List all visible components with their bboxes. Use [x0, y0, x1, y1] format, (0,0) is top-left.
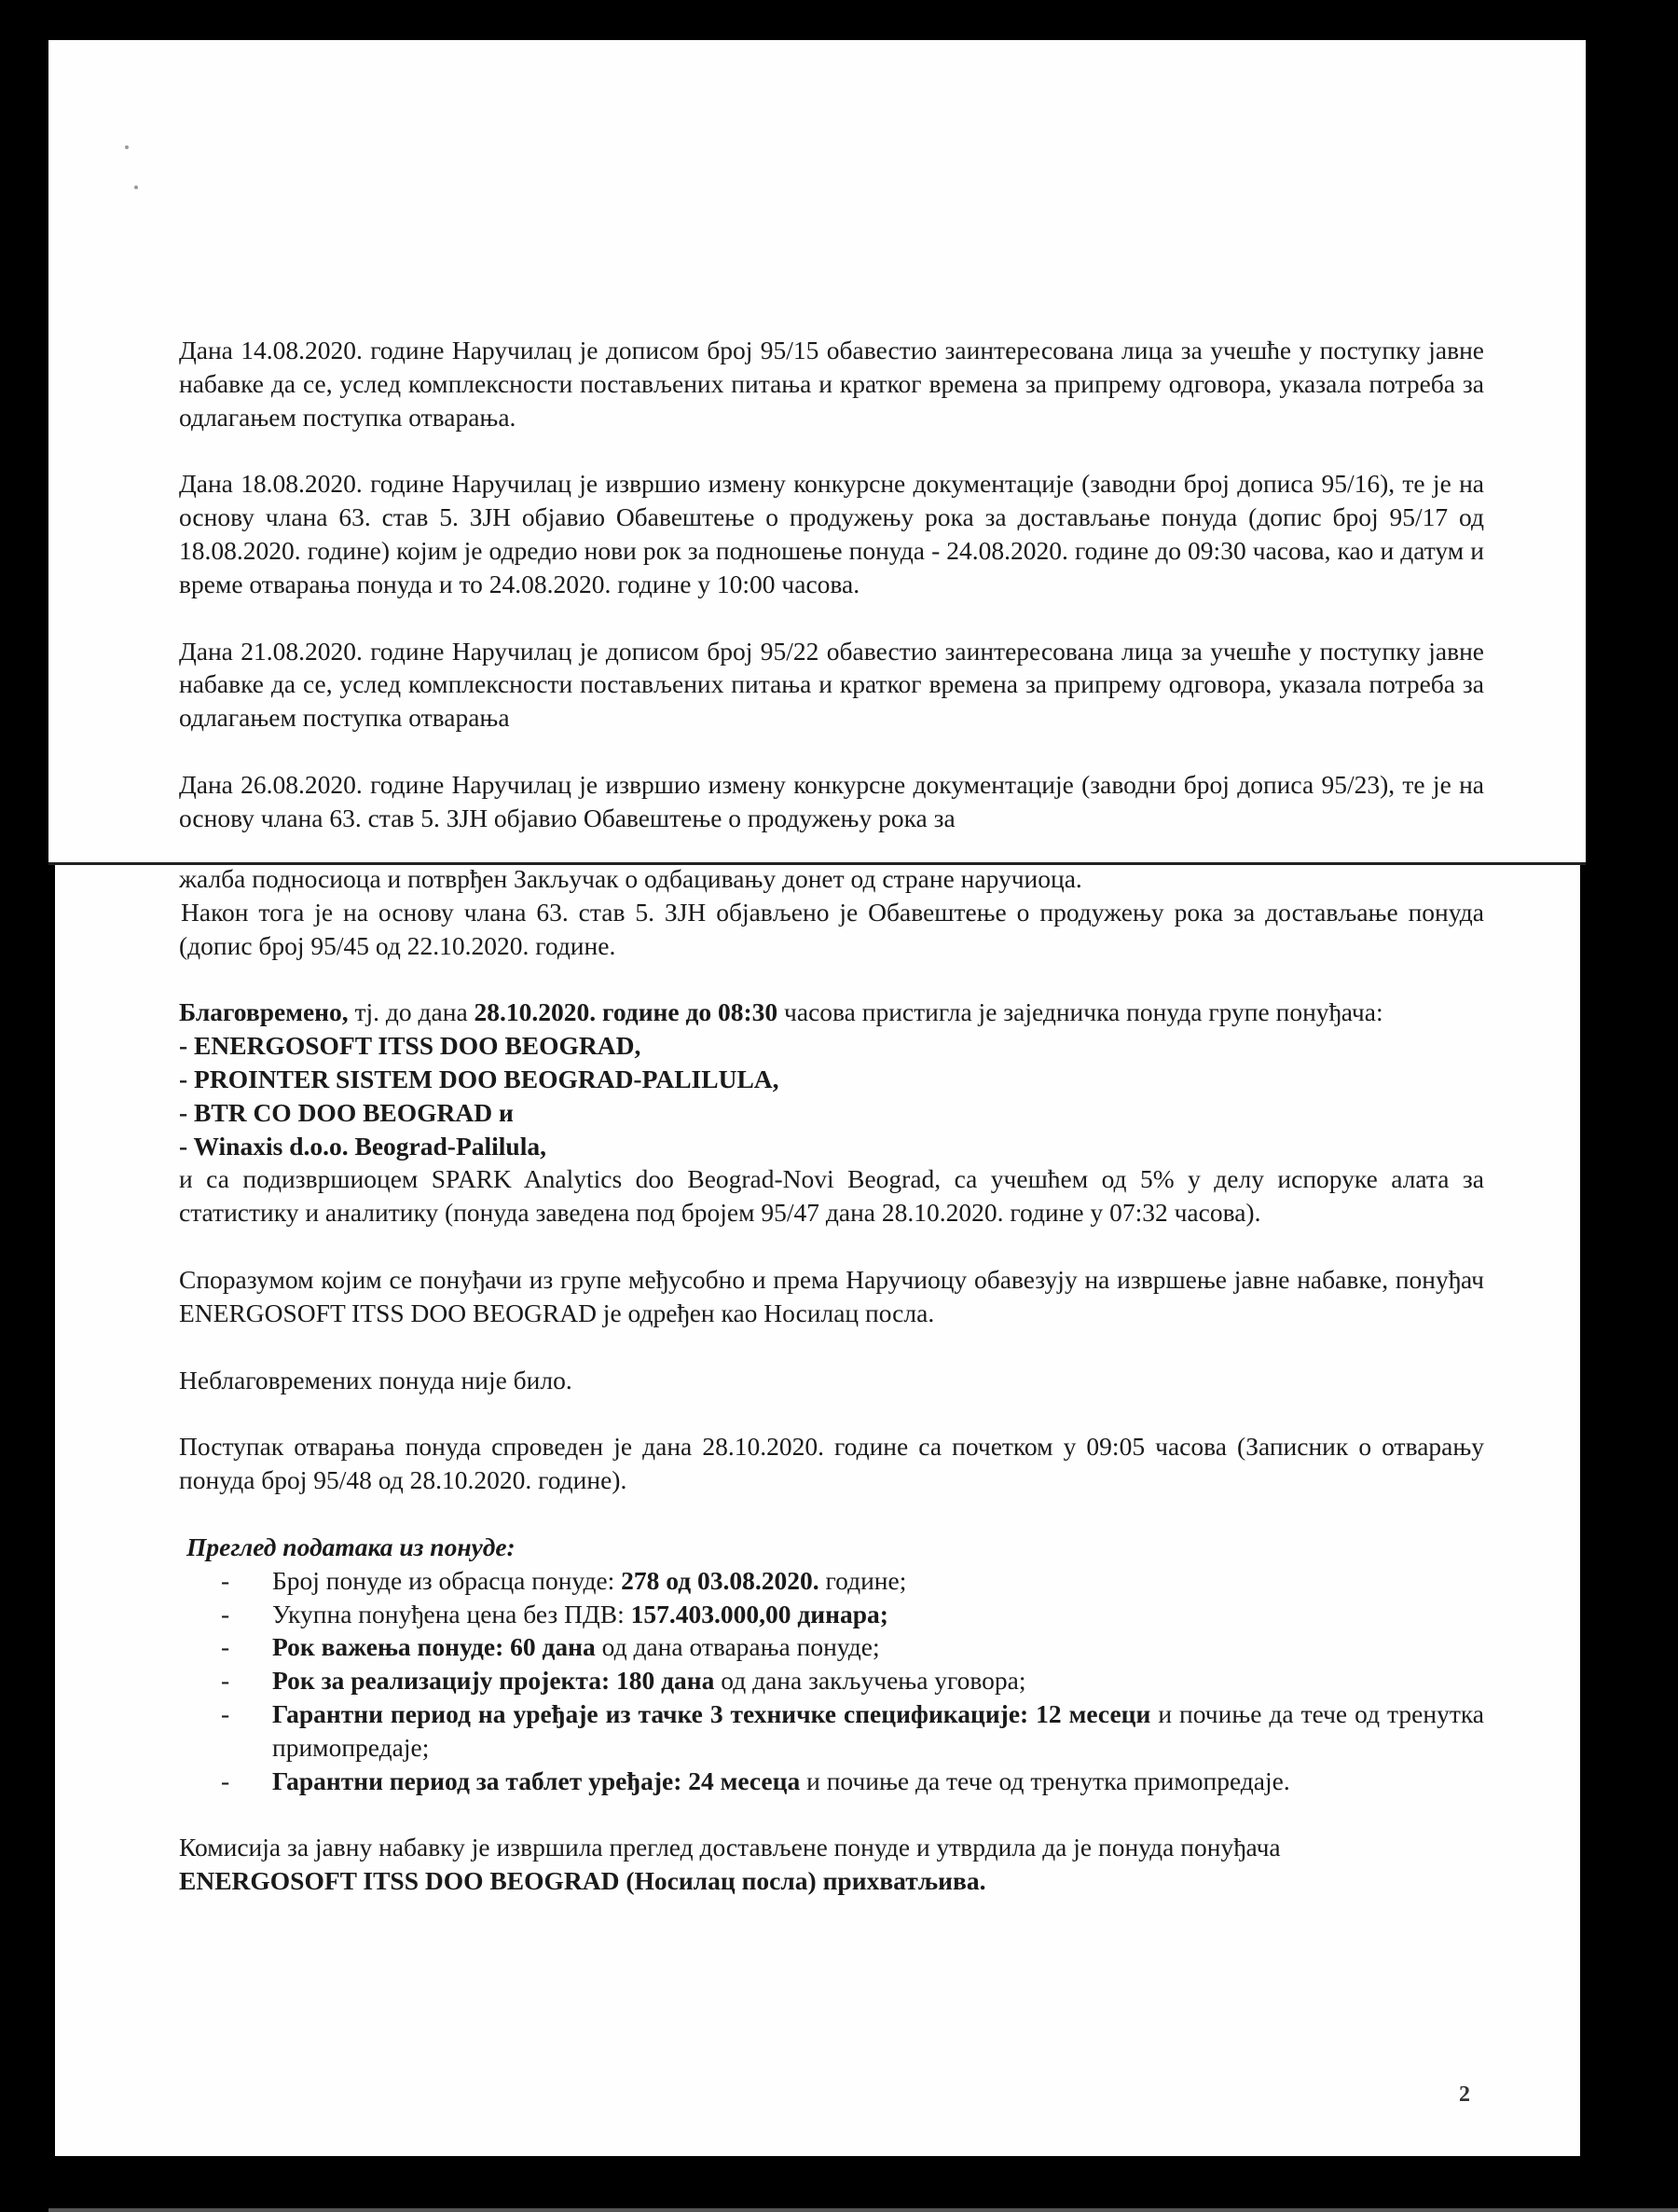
- review-item: Гарантни период на уређаје из тачке 3 те…: [179, 1697, 1484, 1765]
- timely-text-2: часова пристигла је заједничка понуда гр…: [777, 997, 1382, 1026]
- review-item-value: Гарантни период на уређаје из тачке 3 те…: [272, 1699, 1150, 1728]
- review-item: Гарантни период за таблет уређаје: 24 ме…: [179, 1765, 1484, 1798]
- timely-deadline: 28.10.2020. године до 08:30: [475, 997, 778, 1026]
- review-item-value: Рок за реализацију пројекта: 180 дана: [272, 1666, 714, 1695]
- paragraph-18-08: Дана 18.08.2020. године Наручилац је изв…: [179, 467, 1484, 600]
- page-number: 2: [1459, 2082, 1470, 2108]
- timely-offer-paragraph: Благовремено, тј. до дана 28.10.2020. го…: [179, 996, 1484, 1029]
- review-item: Рок важења понуде: 60 дана од дана отвар…: [179, 1630, 1484, 1664]
- bidder-item: - BTR CO DOO BEOGRAD и: [179, 1096, 1484, 1130]
- review-item-text: Број понуде из обрасца понуде:: [272, 1566, 621, 1595]
- conclusion-paragraph: Комисија за јавну набавку је извршила пр…: [179, 1831, 1484, 1898]
- review-item-value: 157.403.000,00 динара;: [631, 1600, 888, 1628]
- paragraph-14-08: Дана 14.08.2020. године Наручилац је доп…: [179, 334, 1484, 433]
- scanned-page-bottom: жалба подносиоца и потврђен Закључак о о…: [55, 865, 1580, 2156]
- review-item-text: од дана закључења уговора;: [714, 1666, 1025, 1695]
- opening-paragraph: Поступак отварања понуда спроведен је да…: [179, 1430, 1484, 1497]
- paragraph-26-08: Дана 26.08.2020. године Наручилац је изв…: [179, 768, 1484, 835]
- extension-paragraph: Након тога је на основу члана 63. став 5…: [179, 896, 1484, 963]
- review-item: Број понуде из обрасца понуде: 278 од 03…: [179, 1564, 1484, 1598]
- agreement-paragraph: Споразумом којим се понуђачи из групе ме…: [179, 1263, 1484, 1330]
- review-item-value: Рок важења понуде: 60 дана: [272, 1632, 596, 1661]
- timely-label: Благовремено,: [179, 997, 349, 1026]
- scan-edge-line: [48, 2208, 1678, 2212]
- review-heading: Преглед података из понуде:: [179, 1531, 1484, 1564]
- review-list: Број понуде из обрасца понуде: 278 од 03…: [179, 1564, 1484, 1798]
- review-item: Укупна понуђена цена без ПДВ: 157.403.00…: [179, 1598, 1484, 1631]
- timely-text-1: тј. до дана: [349, 997, 475, 1026]
- bottom-text-block: жалба подносиоца и потврђен Закључак о о…: [179, 865, 1484, 1898]
- conclusion-accepted-bidder: ENERGOSOFT ITSS DOO BEOGRAD (Носилац пос…: [179, 1866, 986, 1895]
- top-text-block: Дана 14.08.2020. године Наручилац је доп…: [179, 334, 1484, 835]
- bidder-item: - PROINTER SISTEM DOO BEOGRAD-PALILULA,: [179, 1063, 1484, 1096]
- paragraph-21-08: Дана 21.08.2020. године Наручилац је доп…: [179, 635, 1484, 735]
- subcontractor-paragraph: и са подизвршиоцем SPARK Analytics doo B…: [179, 1162, 1484, 1230]
- review-item-value: Гарантни период за таблет уређаје: 24 ме…: [272, 1766, 800, 1795]
- review-item-text: од дана отварања понуде;: [596, 1632, 880, 1661]
- review-item-text: године;: [819, 1566, 907, 1595]
- review-item-text: Укупна понуђена цена без ПДВ:: [272, 1600, 631, 1628]
- review-item-value: 278 од 03.08.2020.: [621, 1566, 819, 1595]
- bidder-item: - Winaxis d.o.o. Beograd-Palilula,: [179, 1130, 1484, 1163]
- continuation-line: жалба подносиоца и потврђен Закључак о о…: [179, 865, 1484, 896]
- conclusion-text: Комисија за јавну набавку је извршила пр…: [179, 1833, 1281, 1862]
- review-item-text: и почиње да тече од тренутка примопредај…: [800, 1766, 1289, 1795]
- scan-speck: [125, 145, 129, 149]
- untimely-paragraph: Неблаговремених понуда није било.: [179, 1364, 1484, 1397]
- bidder-list: - ENERGOSOFT ITSS DOO BEOGRAD, - PROINTE…: [179, 1029, 1484, 1162]
- scan-speck: [134, 185, 138, 189]
- bidder-item: - ENERGOSOFT ITSS DOO BEOGRAD,: [179, 1029, 1484, 1063]
- scanned-page-top-fragment: Дана 14.08.2020. године Наручилац је доп…: [48, 40, 1586, 865]
- review-item: Рок за реализацију пројекта: 180 дана од…: [179, 1664, 1484, 1697]
